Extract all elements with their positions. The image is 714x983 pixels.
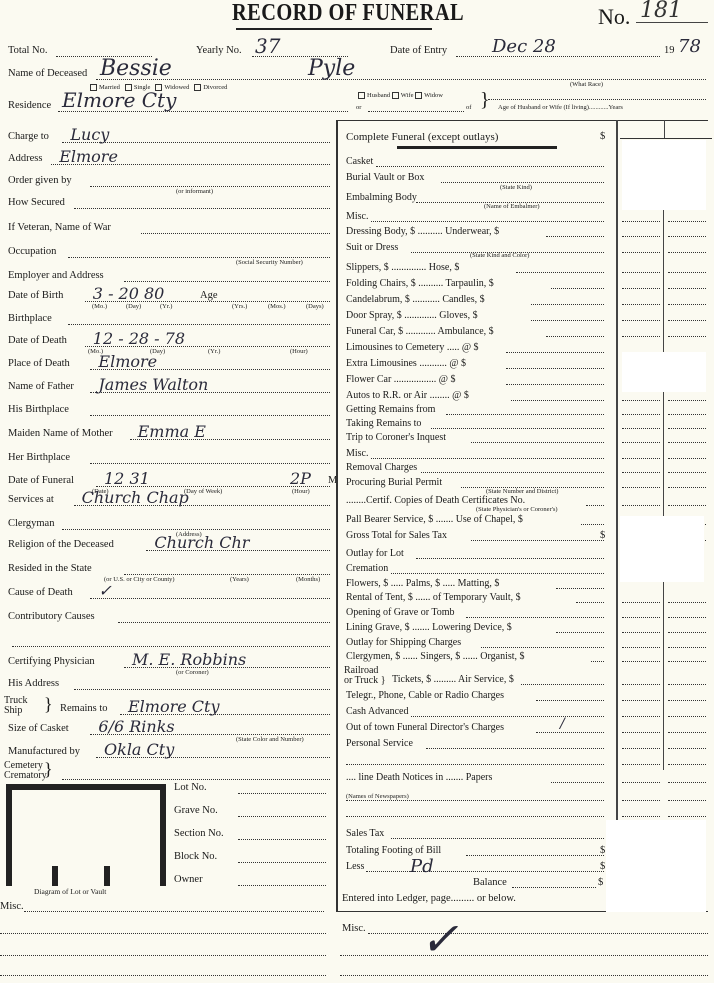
field-label: Order given by xyxy=(8,175,72,186)
lot-field-input[interactable] xyxy=(238,862,326,863)
field-value: ✓ xyxy=(98,581,111,600)
charge-cents-cell[interactable] xyxy=(668,400,706,401)
charge-item-label: Misc. xyxy=(346,211,369,222)
field-value: Church Chr xyxy=(154,533,249,552)
field-value: James Walton xyxy=(98,375,208,394)
or-label: or xyxy=(356,104,361,111)
charge-dollars-cell[interactable] xyxy=(622,400,660,401)
charge-cents-cell[interactable] xyxy=(668,414,706,415)
charge-cents-cell[interactable] xyxy=(668,487,706,488)
field-input[interactable] xyxy=(90,186,330,187)
field-label: His Address xyxy=(8,678,59,689)
charge-item-label: Misc. xyxy=(346,448,369,459)
age-label: Age xyxy=(200,290,218,301)
charge-item-label: Cash Advanced xyxy=(346,706,409,717)
field-caption: (Day) xyxy=(126,303,141,310)
charge-dollars-cell[interactable] xyxy=(622,458,660,459)
charge-item-line[interactable] xyxy=(471,540,604,541)
charge-dollars-cell[interactable] xyxy=(622,716,660,717)
charge-item-label: Opening of Grave or Tomb xyxy=(346,607,455,618)
date-of-entry-field[interactable] xyxy=(456,56,660,57)
field-input[interactable] xyxy=(90,415,330,416)
field-label: Address xyxy=(8,153,42,164)
field-label: Manufactured by xyxy=(8,746,80,757)
charge-item-line[interactable] xyxy=(546,336,604,337)
checkbox-wife[interactable] xyxy=(392,92,399,99)
charge-item-label: Burial Vault or Box xyxy=(346,172,424,183)
charge-item-line[interactable] xyxy=(466,617,604,618)
charge-dollars-cell[interactable] xyxy=(622,684,660,685)
charge-item-label: ........Certif. Copies of Death Certific… xyxy=(346,495,525,506)
charge-item-line[interactable] xyxy=(521,684,604,685)
charge-item-label: Lining Grave, $ ....... Lowering Device,… xyxy=(346,622,512,633)
charge-item-label: Limousines to Cemetery ..... @ $ xyxy=(346,342,479,353)
charge-dollars-cell[interactable] xyxy=(622,732,660,733)
charge-item-line[interactable] xyxy=(426,748,604,749)
charge-caption: (State Kind and Color) xyxy=(470,252,529,259)
charge-dollars-cell[interactable] xyxy=(622,816,660,817)
field-input[interactable] xyxy=(141,233,330,234)
field-caption: (Mo.) xyxy=(92,303,107,310)
field-value: Lucy xyxy=(70,125,109,144)
checkbox-husband[interactable] xyxy=(358,92,365,99)
charge-item-line[interactable] xyxy=(346,764,604,765)
charge-item-label: Getting Remains from xyxy=(346,404,435,415)
charge-item-label: .... line Death Notices in ....... Paper… xyxy=(346,772,492,783)
of-label: of xyxy=(466,104,471,111)
charge-item-label: Dressing Body, $ .......... Underwear, $ xyxy=(346,226,499,237)
field-caption: (Yr.) xyxy=(208,348,220,355)
field-caption: (State Color and Number) xyxy=(236,736,304,743)
charge-cents-cell[interactable] xyxy=(668,748,706,749)
field-value: 12 - 28 - 78 xyxy=(93,329,185,348)
field-input[interactable] xyxy=(12,646,330,647)
field-caption: (Yrs.) xyxy=(232,303,247,310)
field-label: Services at xyxy=(8,494,54,505)
field-value: 6/6 Rinks xyxy=(98,717,174,736)
lot-field-label: Lot No. xyxy=(174,782,207,793)
charge-item-label: Slippers, $ .............. Hose, $ xyxy=(346,262,459,273)
charge-item-line[interactable] xyxy=(346,816,604,817)
field-value: Elmore xyxy=(59,147,118,166)
form-title: RECORD OF FUNERAL xyxy=(232,0,464,27)
field-value: M. E. Robbins xyxy=(132,650,246,669)
dollar-sign: $ xyxy=(600,530,605,541)
field-label: Date of Death xyxy=(8,335,67,346)
name-of-deceased-label: Name of Deceased xyxy=(8,68,87,79)
field-label: Size of Casket xyxy=(8,723,69,734)
charge-dollars-cell[interactable] xyxy=(622,800,660,801)
charge-item-line[interactable] xyxy=(471,442,604,443)
charge-cents-cell[interactable] xyxy=(668,716,706,717)
field-input[interactable] xyxy=(68,257,330,258)
field-label: Birthplace xyxy=(8,313,52,324)
balance-label: Balance xyxy=(473,877,507,888)
charge-item-label: Cremation xyxy=(346,563,388,574)
yearly-no-value: 37 xyxy=(255,34,280,58)
field-caption: (Years) xyxy=(230,576,249,583)
charge-item-line[interactable] xyxy=(591,661,604,662)
dollar-sign: $ xyxy=(600,845,605,856)
field-caption: (Days) xyxy=(306,303,324,310)
charge-dollars-cell[interactable] xyxy=(622,632,660,633)
charge-item-line[interactable] xyxy=(576,602,604,603)
charge-cents-cell[interactable] xyxy=(668,442,706,443)
residence-label: Residence xyxy=(8,100,51,111)
left-misc-line-4[interactable] xyxy=(0,975,326,976)
residence-value: Elmore Cty xyxy=(62,88,176,112)
charge-caption: (Name of Embalmer) xyxy=(484,203,540,210)
charge-item-label: Flowers, $ ..... Palms, $ ..... Matting,… xyxy=(346,578,499,589)
brace-icon: } xyxy=(44,759,53,780)
charge-item-line[interactable] xyxy=(531,304,604,305)
charge-item-label: Out of town Funeral Director's Charges xyxy=(346,722,504,733)
charge-item-label: Taking Remains to xyxy=(346,418,421,429)
charge-dollars-cell[interactable] xyxy=(622,782,660,783)
diagram-post-right xyxy=(104,866,110,886)
charge-item-label: Outlay for Lot xyxy=(346,548,404,559)
charge-item-line[interactable] xyxy=(506,384,604,385)
charge-caption: (State Physician's or Coroner's) xyxy=(476,506,558,513)
charge-item-line[interactable] xyxy=(506,352,604,353)
charge-item-line[interactable] xyxy=(516,272,604,273)
railroad-truck-label: Railroador Truck } xyxy=(344,666,386,686)
charge-item-line[interactable] xyxy=(416,558,604,559)
field-label: Date of Birth xyxy=(8,290,63,301)
deceased-last-name: Pyle xyxy=(308,56,355,81)
charge-item-line[interactable] xyxy=(376,166,604,167)
field-label: Employer and Address xyxy=(8,270,104,281)
charge-dollars-cell[interactable] xyxy=(622,336,660,337)
charge-cents-cell[interactable] xyxy=(668,236,706,237)
charge-item-line[interactable] xyxy=(536,732,604,733)
entry-year-value: 78 xyxy=(678,36,701,57)
redacted-area-4 xyxy=(606,820,706,912)
charge-item-label: Funeral Car, $ ............ Ambulance, $ xyxy=(346,326,494,337)
lot-field-input[interactable] xyxy=(238,839,326,840)
amount-header-rule xyxy=(620,138,712,139)
field-label: Place of Death xyxy=(8,358,70,369)
charge-item-line[interactable] xyxy=(391,838,604,839)
field-label: Charge to xyxy=(8,131,49,142)
charge-dollars-cell[interactable] xyxy=(622,304,660,305)
amount-column-divider xyxy=(616,120,618,910)
record-number-label: No. xyxy=(598,4,630,30)
charge-cents-cell[interactable] xyxy=(668,800,706,801)
charge-item-line[interactable] xyxy=(536,700,604,701)
field-value: 12 31 xyxy=(104,469,150,488)
field-input[interactable] xyxy=(90,463,330,464)
charge-item-line[interactable] xyxy=(546,236,604,237)
field-label: Name of Father xyxy=(8,381,74,392)
charge-item-label: Removal Charges xyxy=(346,462,417,473)
charge-dollars-cell[interactable] xyxy=(622,414,660,415)
field-label: His Birthplace xyxy=(8,404,69,415)
field-caption: (Hour) xyxy=(290,348,308,355)
or-field[interactable] xyxy=(368,111,464,112)
charge-dollars-cell[interactable] xyxy=(622,320,660,321)
charge-dollars-cell[interactable] xyxy=(622,288,660,289)
charge-item-line[interactable] xyxy=(556,632,604,633)
charge-item-label: Rental of Tent, $ ...... of Temporary Va… xyxy=(346,592,521,603)
charge-dollars-cell[interactable] xyxy=(622,700,660,701)
charge-dollars-cell[interactable] xyxy=(622,748,660,749)
charge-dollars-cell[interactable] xyxy=(622,472,660,473)
field-value: 3 - 20 80 xyxy=(93,284,165,303)
charge-cents-cell[interactable] xyxy=(668,764,706,765)
left-misc-line-2[interactable] xyxy=(0,933,326,934)
charge-cents-cell[interactable] xyxy=(668,647,706,648)
field-caption: (or informant) xyxy=(176,188,213,195)
charge-item-line[interactable] xyxy=(531,320,604,321)
field-input[interactable] xyxy=(124,574,330,575)
field-input[interactable] xyxy=(62,779,330,780)
charge-item-line[interactable] xyxy=(371,458,604,459)
charge-item-label: Door Spray, $ ............. Gloves, $ xyxy=(346,310,478,321)
charge-cents-cell[interactable] xyxy=(668,505,706,506)
charge-item-line[interactable] xyxy=(506,368,604,369)
charge-cents-cell[interactable] xyxy=(668,732,706,733)
charge-item-line[interactable] xyxy=(556,588,604,589)
field-label: Remains to xyxy=(60,703,108,714)
field-label: If Veteran, Name of War xyxy=(8,222,111,233)
deceased-first-name: Bessie xyxy=(100,56,172,81)
cents-divider-top xyxy=(664,120,665,138)
dollar-sign: $ xyxy=(600,861,605,872)
record-number-line xyxy=(636,22,708,23)
charge-item-line[interactable] xyxy=(441,182,604,183)
charge-item-label: Gross Total for Sales Tax xyxy=(346,530,447,541)
lot-field-input[interactable] xyxy=(238,885,326,886)
charge-item-label: Embalming Body xyxy=(346,192,417,203)
complete-funeral-label: Complete Funeral (except outlays) xyxy=(346,131,498,143)
charge-item-label: Less xyxy=(346,861,364,872)
charge-item-line[interactable] xyxy=(421,472,604,473)
charge-dollars-cell[interactable] xyxy=(622,221,660,222)
charge-item-label: Personal Service xyxy=(346,738,413,749)
spouse-options: Husband Wife Widow xyxy=(358,92,443,99)
charge-cents-cell[interactable] xyxy=(668,602,706,603)
charge-item-line[interactable] xyxy=(511,400,604,401)
brace-icon: } xyxy=(44,694,53,715)
diagram-opening xyxy=(58,866,104,886)
charge-item-label: Clergymen, $ ...... Singers, $ ...... Or… xyxy=(346,651,525,662)
charge-dollars-cell[interactable] xyxy=(622,272,660,273)
left-misc-label: Misc. xyxy=(0,901,24,912)
charge-cents-cell[interactable] xyxy=(668,304,706,305)
field-label: Religion of the Deceased xyxy=(8,539,114,550)
field-caption: (or U.S. or City or County) xyxy=(104,576,175,583)
field-input[interactable] xyxy=(124,281,330,282)
checkbox-divorced[interactable] xyxy=(194,84,201,91)
charge-item-label: Tickets, $ ......... Air Service, $ xyxy=(392,674,514,685)
diagram-caption: Diagram of Lot or Vault xyxy=(34,887,106,896)
charge-cents-cell[interactable] xyxy=(668,252,706,253)
charge-cents-cell[interactable] xyxy=(668,336,706,337)
charge-dollars-cell[interactable] xyxy=(622,505,660,506)
charge-item-label: Candelabrum, $ ........... Candles, $ xyxy=(346,294,485,305)
funeral-hour: 2P xyxy=(290,469,311,488)
charge-cents-cell[interactable] xyxy=(668,816,706,817)
charge-dollars-cell[interactable] xyxy=(622,428,660,429)
charge-dollars-cell[interactable] xyxy=(622,764,660,765)
field-value: Church Chap xyxy=(82,488,189,507)
field-value: Elmore Cty xyxy=(128,697,220,716)
charge-item-line[interactable] xyxy=(411,716,604,717)
lot-field-label: Block No. xyxy=(174,851,217,862)
field-caption: (Day of Week) xyxy=(184,488,222,495)
field-label: Certifying Physician xyxy=(8,656,95,667)
charge-item-line[interactable] xyxy=(551,288,604,289)
name-of-deceased-field[interactable] xyxy=(96,79,706,80)
entry-year-prefix: 19 xyxy=(664,45,675,56)
right-misc-label: Misc. xyxy=(342,923,366,934)
charge-item-line[interactable] xyxy=(366,871,604,872)
field-input[interactable] xyxy=(62,529,330,530)
field-value: Emma E xyxy=(138,422,206,441)
field-input[interactable] xyxy=(74,689,330,690)
charge-item-line[interactable] xyxy=(346,800,604,801)
charge-item-label: Totaling Footing of Bill xyxy=(346,845,441,856)
charge-item-line[interactable] xyxy=(586,505,604,506)
charge-dollars-cell[interactable] xyxy=(622,487,660,488)
cents-divider xyxy=(663,210,664,770)
charge-dollars-cell[interactable] xyxy=(622,617,660,618)
field-caption: (Months) xyxy=(296,576,320,583)
field-label: Cause of Death xyxy=(8,587,73,598)
field-label: Her Birthplace xyxy=(8,452,70,463)
what-race-caption: (What Race) xyxy=(570,81,603,88)
lot-field-input[interactable] xyxy=(238,816,326,817)
charge-cents-cell[interactable] xyxy=(668,458,706,459)
redacted-area-3 xyxy=(620,516,704,582)
field-prefix: CemeteryCrematory xyxy=(4,761,47,781)
redacted-area-2 xyxy=(622,352,706,392)
charge-item-label: Sales Tax xyxy=(346,828,384,839)
field-label: How Secured xyxy=(8,197,65,208)
charge-item-label: Pall Bearer Service, $ ....... Use of Ch… xyxy=(346,514,523,525)
field-label: Occupation xyxy=(8,246,56,257)
charge-cents-cell[interactable] xyxy=(668,632,706,633)
charge-dollars-cell[interactable] xyxy=(622,647,660,648)
field-value: Okla Cty xyxy=(104,740,174,759)
charge-item-label: Casket xyxy=(346,156,373,167)
charge-item-label: Trip to Coroner's Inquest xyxy=(346,432,446,443)
charge-dollars-cell[interactable] xyxy=(622,661,660,662)
field-label: Date of Funeral xyxy=(8,475,74,486)
field-input[interactable] xyxy=(74,208,330,209)
lot-field-label: Section No. xyxy=(174,828,224,839)
charge-item-line[interactable] xyxy=(446,414,604,415)
charge-item-label: Procuring Burial Permit xyxy=(346,477,442,488)
charge-dollars-cell[interactable] xyxy=(622,602,660,603)
yearly-no-label: Yearly No. xyxy=(196,45,242,56)
charge-cents-cell[interactable] xyxy=(668,272,706,273)
field-caption: (Yr.) xyxy=(160,303,172,310)
charge-item-label: Extra Limousines ........... @ $ xyxy=(346,358,466,369)
balance-dollar: $ xyxy=(598,877,603,888)
field-caption: (or Coroner) xyxy=(176,669,209,676)
lot-field-label: Grave No. xyxy=(174,805,218,816)
age-of-spouse-label: Age of Husband or Wife (If living)......… xyxy=(498,104,623,111)
charge-item-label: Telegr., Phone, Cable or Radio Charges xyxy=(346,690,504,701)
charge-item-label: Flower Car ................. @ $ xyxy=(346,374,455,385)
charge-item-line[interactable] xyxy=(391,573,604,574)
field-label: Clergyman xyxy=(8,518,54,529)
total-no-label: Total No. xyxy=(8,45,48,56)
lot-field-input[interactable] xyxy=(238,793,326,794)
field-caption: (Social Security Number) xyxy=(236,259,303,266)
field-input[interactable] xyxy=(118,622,330,623)
charge-caption: (State Number and District) xyxy=(486,488,558,495)
complete-funeral-underline xyxy=(397,146,557,149)
charge-caption: (Names of Newspapers) xyxy=(346,793,409,800)
left-misc-line-3[interactable] xyxy=(0,955,326,956)
charge-cents-cell[interactable] xyxy=(668,782,706,783)
charge-dollars-cell[interactable] xyxy=(622,442,660,443)
left-misc-line-1[interactable] xyxy=(24,911,324,912)
less-value: Pd xyxy=(410,856,434,877)
field-label: Contributory Causes xyxy=(8,611,95,622)
lot-field-label: Owner xyxy=(174,874,203,885)
diagram-post-left xyxy=(52,866,58,886)
charge-cents-cell[interactable] xyxy=(668,700,706,701)
spouse-brace: } xyxy=(480,90,490,110)
charge-item-line[interactable] xyxy=(581,524,604,525)
field-prefix: TruckShip xyxy=(4,696,28,716)
redacted-area-1 xyxy=(622,140,706,210)
charge-cents-cell[interactable] xyxy=(668,472,706,473)
field-input[interactable] xyxy=(68,324,330,325)
charge-cents-cell[interactable] xyxy=(668,617,706,618)
field-caption: (Hour) xyxy=(292,488,310,495)
record-number-value[interactable]: 181 xyxy=(640,0,682,23)
complete-funeral-dollar: $ xyxy=(600,131,605,142)
field-caption: (Mos.) xyxy=(268,303,286,310)
charge-dollars-cell[interactable] xyxy=(622,236,660,237)
spouse-name-field[interactable] xyxy=(488,99,706,100)
field-label: Maiden Name of Mother xyxy=(8,428,113,439)
charge-item-line[interactable] xyxy=(371,221,604,222)
right-misc-line-3[interactable] xyxy=(340,975,708,976)
charge-item-label: Folding Chairs, $ .......... Tarpaulin, … xyxy=(346,278,494,289)
right-misc-line-2[interactable] xyxy=(340,955,708,956)
field-value: Elmore xyxy=(98,352,157,371)
date-of-entry-label: Date of Entry xyxy=(390,45,447,56)
charge-item-label: Suit or Dress xyxy=(346,242,398,253)
balance-field[interactable] xyxy=(512,887,596,888)
charge-caption: (State Kind) xyxy=(500,184,532,191)
charge-dollars-cell[interactable] xyxy=(622,252,660,253)
charge-cents-cell[interactable] xyxy=(668,684,706,685)
checkbox-widow[interactable] xyxy=(415,92,422,99)
ledger-label: Entered into Ledger, page......... or be… xyxy=(342,893,516,904)
charge-item-line[interactable] xyxy=(481,647,604,648)
date-of-entry-value: Dec 28 xyxy=(492,36,556,57)
right-misc-line-1[interactable] xyxy=(368,933,708,934)
charge-cents-cell[interactable] xyxy=(668,661,706,662)
field-label: Resided in the State xyxy=(8,563,92,574)
out-of-town-mark: / xyxy=(560,716,565,732)
charge-cents-cell[interactable] xyxy=(668,221,706,222)
charge-item-line[interactable] xyxy=(431,428,604,429)
charge-item-line[interactable] xyxy=(466,855,604,856)
charge-cents-cell[interactable] xyxy=(668,288,706,289)
field-input[interactable] xyxy=(90,598,330,599)
charge-cents-cell[interactable] xyxy=(668,320,706,321)
charge-item-line[interactable] xyxy=(551,782,604,783)
charge-cents-cell[interactable] xyxy=(668,428,706,429)
